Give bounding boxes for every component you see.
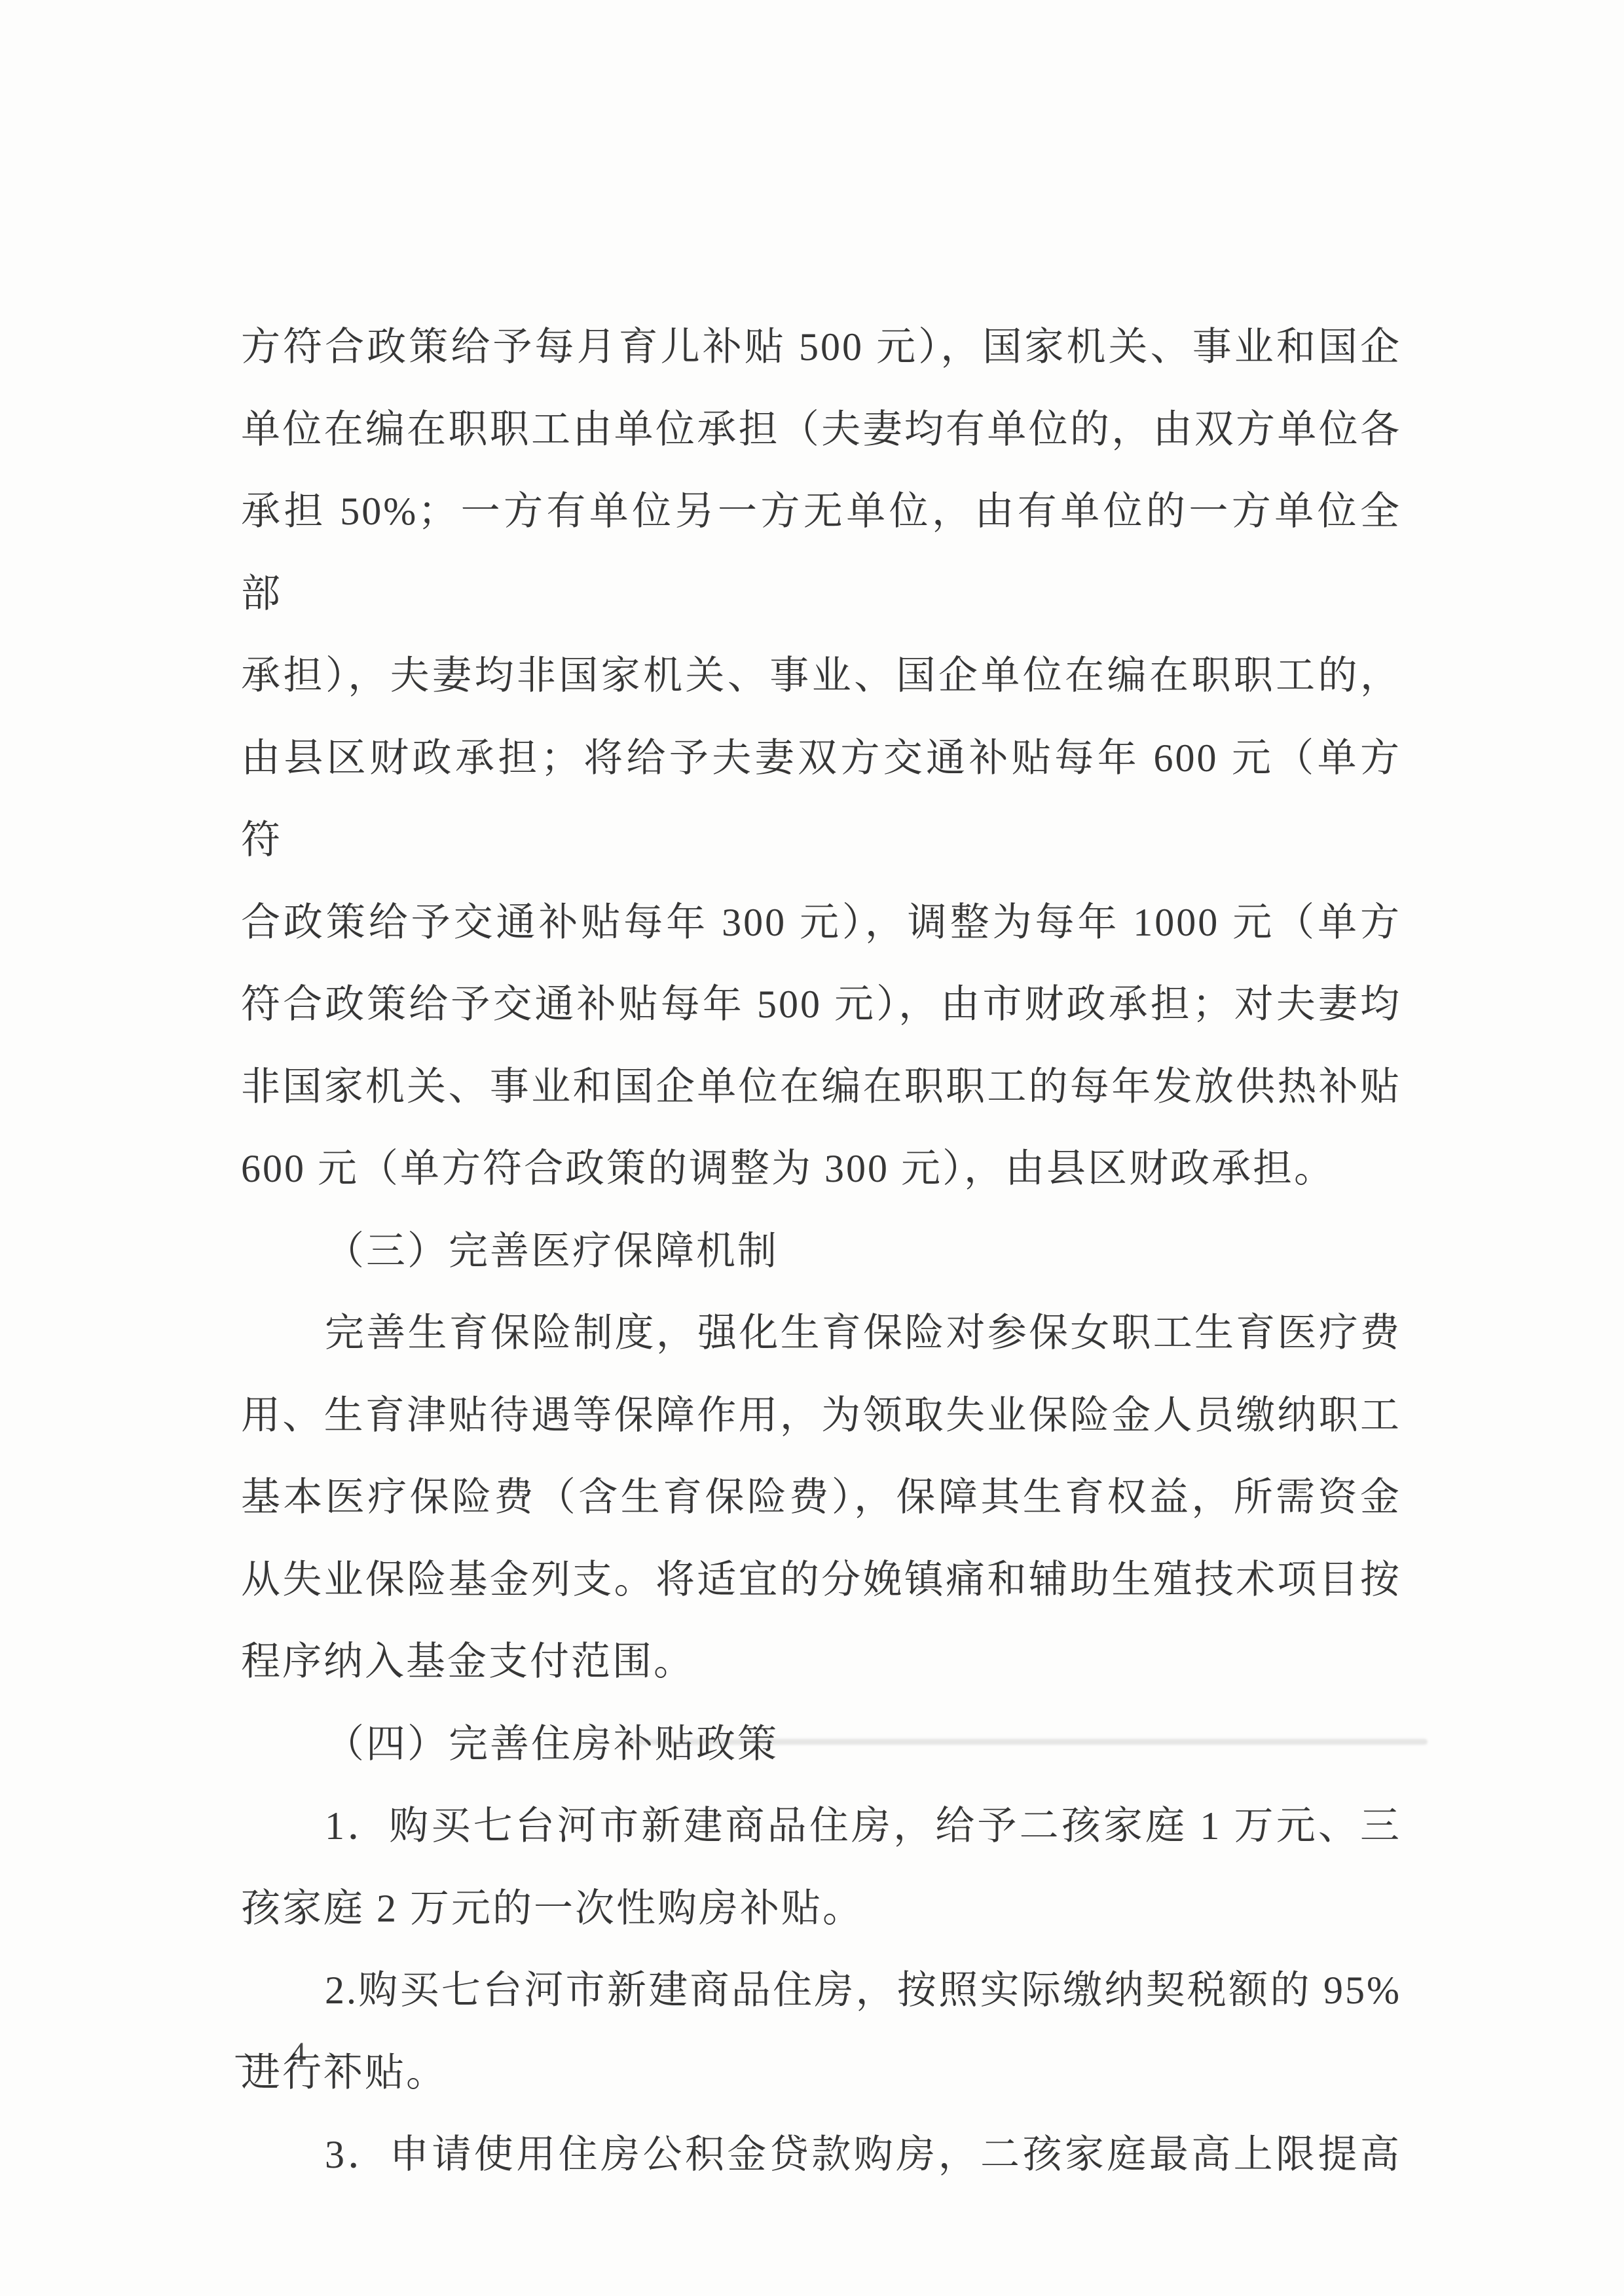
text-line-8: 非国家机关、事业和国企单位在编在职职工的每年发放供热补贴 — [241, 1046, 1401, 1129]
text-line-1: 方符合政策给予每月育儿补贴 500 元），国家机关、事业和国企 — [241, 306, 1401, 389]
text-line-12: 用、生育津贴待遇等保障作用，为领取失业保险金人员缴纳职工 — [241, 1375, 1401, 1457]
text-line-15: 程序纳入基金支付范围。 — [241, 1621, 1401, 1704]
text-line-10: （三）完善医疗保障机制 — [241, 1211, 1401, 1293]
text-line-3: 承担 50%；一方有单位另一方无单位，由有单位的一方单位全部 — [241, 471, 1401, 635]
document-page: 方符合政策给予每月育儿补贴 500 元），国家机关、事业和国企单位在编在职职工由… — [0, 0, 1624, 2296]
text-line-14: 从失业保险基金列支。将适宜的分娩镇痛和辅助生殖技术项目按 — [241, 1539, 1401, 1622]
text-line-18: 孩家庭 2 万元的一次性购房补贴。 — [241, 1868, 1401, 1950]
scan-artifact-smudge — [622, 1739, 1428, 1745]
text-line-5: 由县区财政承担；将给予夫妻双方交通补贴每年 600 元（单方符 — [241, 718, 1401, 882]
text-line-21: 3．申请使用住房公积金贷款购房，二孩家庭最高上限提高 — [241, 2114, 1401, 2196]
text-line-11: 完善生育保险制度，强化生育保险对参保女职工生育医疗费 — [241, 1292, 1401, 1375]
text-line-13: 基本医疗保险费（含生育保险费），保障其生育权益，所需资金 — [241, 1457, 1401, 1539]
text-line-17: 1．购买七台河市新建商品住房，给予二孩家庭 1 万元、三 — [241, 1785, 1401, 1868]
text-line-6: 合政策给予交通补贴每年 300 元），调整为每年 1000 元（单方 — [241, 882, 1401, 964]
text-line-9: 600 元（单方符合政策的调整为 300 元），由县区财政承担。 — [241, 1128, 1401, 1211]
text-line-2: 单位在编在职职工由单位承担（夫妻均有单位的，由双方单位各 — [241, 389, 1401, 471]
page-number: — 4 — — [236, 2033, 367, 2073]
document-body: 方符合政策给予每月育儿补贴 500 元），国家机关、事业和国企单位在编在职职工由… — [241, 306, 1401, 2196]
text-line-20: 进行补贴。 — [241, 2032, 1401, 2115]
text-line-4: 承担），夫妻均非国家机关、事业、国企单位在编在职职工的， — [241, 635, 1401, 718]
text-line-19: 2.购买七台河市新建商品住房，按照实际缴纳契税额的 95% — [241, 1950, 1401, 2032]
text-line-7: 符合政策给予交通补贴每年 500 元），由市财政承担；对夫妻均 — [241, 964, 1401, 1046]
